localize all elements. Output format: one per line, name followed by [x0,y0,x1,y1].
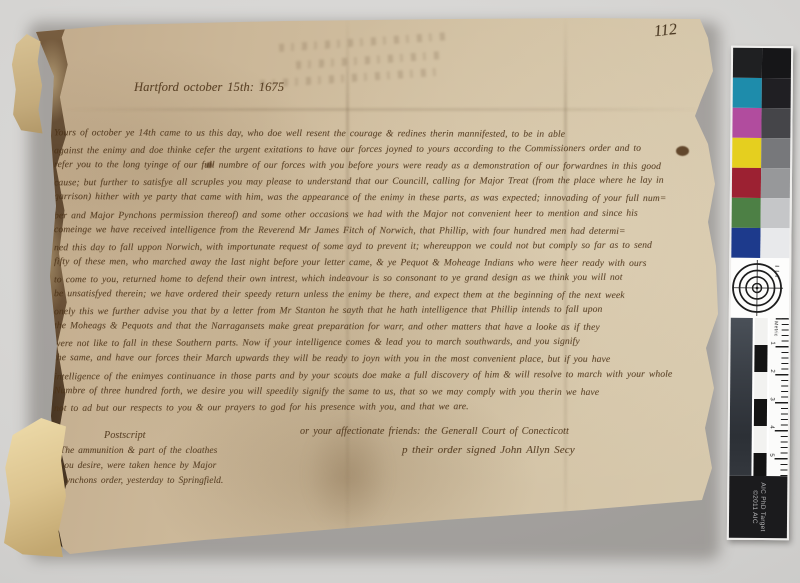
letter-line: to come to you, returned home to defend … [54,272,623,285]
letter-line: not to ad but our respects to you & our … [54,401,469,414]
torn-paper-flap [4,418,66,560]
checker-scale-bar [753,318,767,476]
letter-line: garrison) hither with ye party that came… [54,191,666,204]
letter-line: the same, and have our forces their Marc… [54,353,610,366]
color-calibration-target: Metric 12345 AIC PhD Target ©2011 AIC [727,46,793,541]
color-patch [760,228,789,258]
color-patch [761,108,790,138]
color-patch [761,198,790,228]
page-number: 112 [653,21,678,41]
color-patch [732,108,761,138]
letter-line: cause; but further to satisfye all scrup… [54,175,664,189]
color-patch [732,198,761,228]
letter-line: fifty of these men, who marched away the… [54,256,646,269]
color-patch [733,48,762,78]
letter-line: Yours of october ye 14th came to us this… [54,127,565,140]
postscript-line: you desire, were taken hence by Major [60,459,223,474]
color-patch [761,168,790,198]
letter-line: comeinge we have received intelligence f… [54,224,626,237]
letter-signature: p their order signed John Allyn Secy [402,444,575,456]
ruler-mm-ticks [780,318,788,476]
letter-line: Numbre of three hundred forth, we desire… [54,385,599,398]
registration-bullseye [731,258,790,319]
letter-line: intelligence of the enimyes continuance … [54,368,672,382]
ruler-number: 1 [769,341,775,344]
metric-ruler: Metric 12345 [768,318,788,476]
color-patch [732,138,761,168]
bleedthrough-stroke [279,32,449,52]
ruler-section: Metric 12345 [729,318,788,477]
letter-line: onely this we further advise you that by… [54,304,602,317]
bleedthrough-stroke [296,51,446,69]
postscript-line: Pynchons order, yesterday to Springfield… [60,474,223,489]
target-credit-box: AIC PhD Target ©2011 AIC [729,476,788,539]
color-patch [761,138,790,168]
fold-crease [64,108,708,111]
ruler-number: 5 [768,453,774,456]
ruler-number: 2 [769,369,775,372]
postscript-line: The ammunition & part of the cloathes [60,444,223,459]
target-credit-line: AIC PhD Target [758,482,766,531]
color-patch [762,78,791,108]
ruler-number: 4 [768,425,774,428]
postscript-label: Postscript [104,430,146,441]
manuscript-letter: 112 Hartford october 15th: 1675 Yours of… [24,16,720,556]
color-patch [732,168,761,198]
fold-crease [564,16,567,556]
letter-line: be unsatisfyed therein; we have ordered … [54,288,625,301]
ink-blot [676,146,689,156]
bleedthrough-stroke [260,68,440,89]
color-patch-grid [731,48,791,258]
target-credit-text: AIC PhD Target ©2011 AIC [750,482,766,531]
torn-paper-flap [10,34,43,135]
letter-closing: or your affectionate friends: the Genera… [300,426,569,437]
letter-line: refer you to the long tyinge of our full… [54,159,661,172]
archival-photo: 112 Hartford october 15th: 1675 Yours of… [0,0,800,583]
postscript-lines: The ammunition & part of the cloathesyou… [60,444,223,490]
letter-line: against the enimy and doe thinke cefer t… [54,143,641,157]
ruler-number: 3 [769,397,775,400]
gray-gradient-bar [729,318,752,476]
bullseye-icon [731,258,790,319]
letter-line: the Moheags & Pequots and that the Narra… [54,320,600,333]
color-patch [731,228,760,258]
letter-line: were not like to fall in these Southern … [54,336,580,349]
letter-dateline: Hartford october 15th: 1675 [134,80,284,95]
letter-line: ned this day to fall uppon Norwich, with… [54,239,652,253]
color-patch [762,48,791,78]
color-patch [733,78,762,108]
letter-line: ber and Major Pynchons permission thereo… [54,207,638,221]
